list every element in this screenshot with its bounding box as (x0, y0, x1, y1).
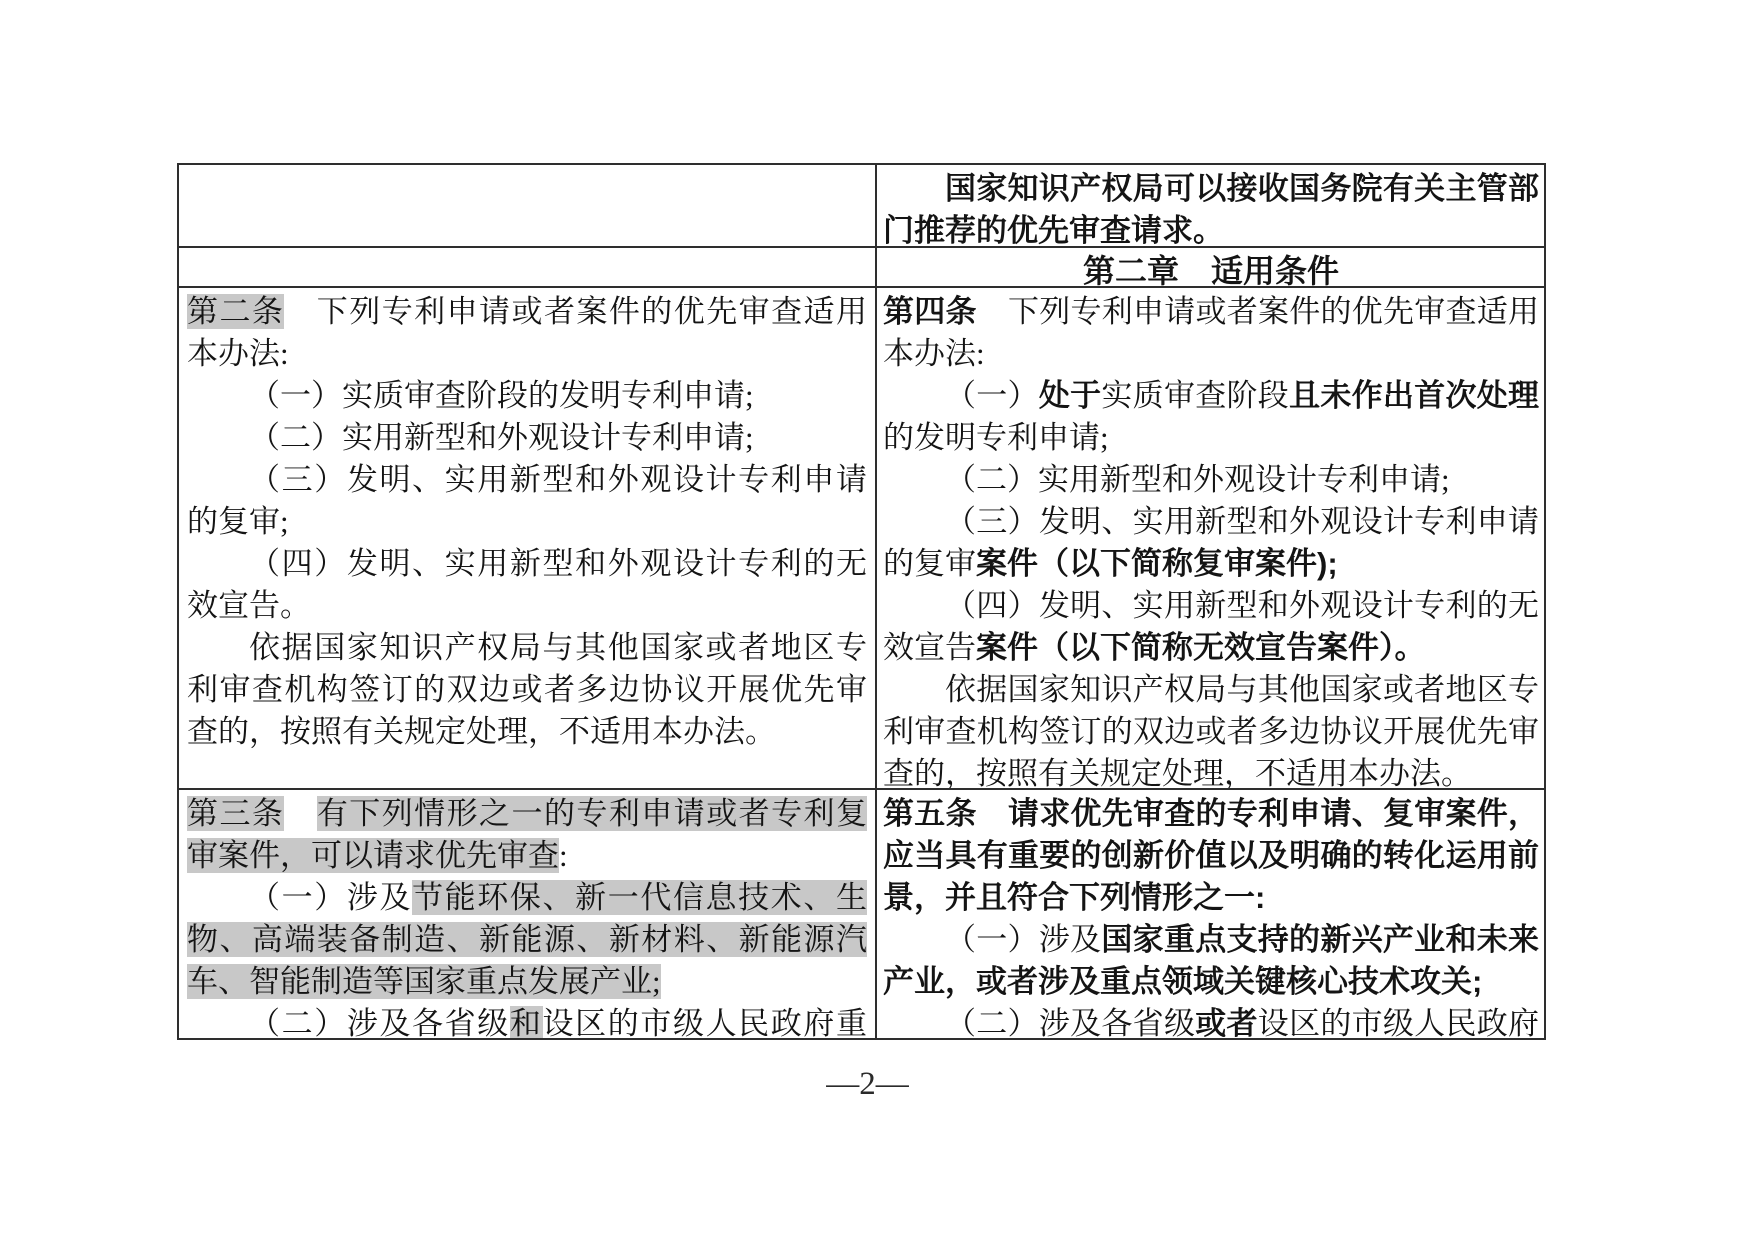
document-page: 国家知识产权局可以接收国务院有关主管部门推荐的优先审查请求。 第二章 适用条件 … (0, 0, 1755, 1241)
paragraph: 第三条 有下列情形之一的专利申请或者专利复审案件，可以请求优先审查: (187, 793, 867, 877)
comparison-table: 国家知识产权局可以接收国务院有关主管部门推荐的优先审查请求。 第二章 适用条件 … (177, 163, 1546, 1040)
text-segment: （三）发明、实用新型和外观设计专利申请的复审; (187, 462, 867, 539)
text-segment: 依据国家知识产权局与其他国家或者地区专利审查机构签订的双边或者多边协议开展优先审… (883, 672, 1539, 788)
text-segment: （一）涉及 (249, 880, 412, 915)
old-text-empty-cell-2 (178, 247, 876, 287)
text-segment: （二）实用新型和外观设计专利申请; (945, 462, 1450, 497)
text-segment: 下列专利申请或者案件的优先审查适用本办法: (187, 294, 867, 371)
text-segment: 下列专利申请或者案件的优先审查适用本办法: (883, 294, 1539, 371)
paragraph: （四）发明、实用新型和外观设计专利的无效宣告。 (187, 543, 867, 627)
text-segment: （二）涉及各省级 (249, 1006, 510, 1038)
paragraph: （三）发明、实用新型和外观设计专利申请的复审案件（以下简称复审案件); (883, 501, 1539, 585)
bold-segment: 案件（以下简称无效宣告案件）。 (976, 630, 1426, 665)
paragraph: （一）涉及国家重点支持的新兴产业和未来产业，或者涉及重点领域关键核心技术攻关; (883, 919, 1539, 1003)
chapter-heading-cell: 第二章 适用条件 (876, 247, 1545, 287)
highlight-segment: 和 (510, 1006, 543, 1038)
paragraph: （一）处于实质审查阶段且未作出首次处理的发明专利申请; (883, 375, 1539, 459)
new-text-continuation-cell: 国家知识产权局可以接收国务院有关主管部门推荐的优先审查请求。 (876, 164, 1545, 247)
article-5-cell: 第五条 请求优先审查的专利申请、复审案件，应当具有重要的创新价值以及明确的转化运… (876, 789, 1545, 1039)
paragraph: （三）发明、实用新型和外观设计专利申请的复审; (187, 459, 867, 543)
bold-segment: 或者 (1195, 1006, 1258, 1038)
paragraph: 国家知识产权局可以接收国务院有关主管部门推荐的优先审查请求。 (883, 168, 1539, 246)
bold-segment: 且未作出首次处理 (1289, 378, 1539, 413)
bold-segment: 第五条 请求优先审查的专利申请、复审案件，应当具有重要的创新价值以及明确的转化运… (883, 796, 1539, 915)
text-segment: （一）涉及 (945, 922, 1101, 957)
text-segment: （四）发明、实用新型和外观设计专利的无效宣告。 (187, 546, 867, 623)
bold-segment: 案件（以下简称复审案件); (976, 546, 1338, 581)
text-segment: 依据国家知识产权局与其他国家或者地区专利审查机构签订的双边或者多边协议开展优先审… (187, 630, 867, 749)
bold-segment: 处于 (1039, 378, 1102, 413)
article-4-cell: 第四条 下列专利申请或者案件的优先审查适用本办法: （一）处于实质审查阶段且未作… (876, 287, 1545, 789)
bold-segment: 第四条 (883, 294, 977, 329)
article-3-cell: 第三条 有下列情形之一的专利申请或者专利复审案件，可以请求优先审查: （一）涉及… (178, 789, 876, 1039)
article-2-cell: 第二条 下列专利申请或者案件的优先审查适用本办法: （一）实质审查阶段的发明专利… (178, 287, 876, 789)
page-number: —2— (0, 1066, 1735, 1103)
chapter-heading: 第二章 适用条件 (883, 251, 1539, 286)
row-continuation: 国家知识产权局可以接收国务院有关主管部门推荐的优先审查请求。 (178, 164, 1545, 247)
paragraph: 第二条 下列专利申请或者案件的优先审查适用本办法: (187, 291, 867, 375)
paragraph: 依据国家知识产权局与其他国家或者地区专利审查机构签订的双边或者多边协议开展优先审… (187, 627, 867, 753)
text-segment: （一）实质审查阶段的发明专利申请; (249, 378, 754, 413)
row-article-2-vs-4: 第二条 下列专利申请或者案件的优先审查适用本办法: （一）实质审查阶段的发明专利… (178, 287, 1545, 789)
row-article-3-vs-5: 第三条 有下列情形之一的专利申请或者专利复审案件，可以请求优先审查: （一）涉及… (178, 789, 1545, 1039)
bold-segment: 国家知识产权局可以接收国务院有关主管部门推荐的优先审查请求。 (883, 171, 1539, 246)
highlight-segment: 第三条 (187, 796, 284, 831)
row-chapter-heading: 第二章 适用条件 (178, 247, 1545, 287)
text-segment: 实质审查阶段 (1101, 378, 1289, 413)
paragraph: （二）实用新型和外观设计专利申请; (187, 417, 867, 459)
paragraph: （二）涉及各省级和设区的市级人民政府重点 (187, 1003, 867, 1038)
paragraph: （一）实质审查阶段的发明专利申请; (187, 375, 867, 417)
text-segment: （二）涉及各省级 (945, 1006, 1195, 1038)
paragraph: 第五条 请求优先审查的专利申请、复审案件，应当具有重要的创新价值以及明确的转化运… (883, 793, 1539, 919)
text-segment: 的发明专利申请; (883, 420, 1109, 455)
text-segment: （二）实用新型和外观设计专利申请; (249, 420, 754, 455)
paragraph: （二）涉及各省级或者设区的市级人民政府重 (883, 1003, 1539, 1038)
highlight-segment: 第二条 (187, 294, 284, 329)
text-segment: （一） (945, 378, 1039, 413)
paragraph: 依据国家知识产权局与其他国家或者地区专利审查机构签订的双边或者多边协议开展优先审… (883, 669, 1539, 788)
text-segment: : (559, 838, 568, 873)
old-text-empty-cell-1 (178, 164, 876, 247)
paragraph: （一）涉及节能环保、新一代信息技术、生物、高端装备制造、新能源、新材料、新能源汽… (187, 877, 867, 1003)
paragraph: 第四条 下列专利申请或者案件的优先审查适用本办法: (883, 291, 1539, 375)
paragraph: （二）实用新型和外观设计专利申请; (883, 459, 1539, 501)
paragraph: （四）发明、实用新型和外观设计专利的无效宣告案件（以下简称无效宣告案件）。 (883, 585, 1539, 669)
text-segment (284, 796, 316, 831)
